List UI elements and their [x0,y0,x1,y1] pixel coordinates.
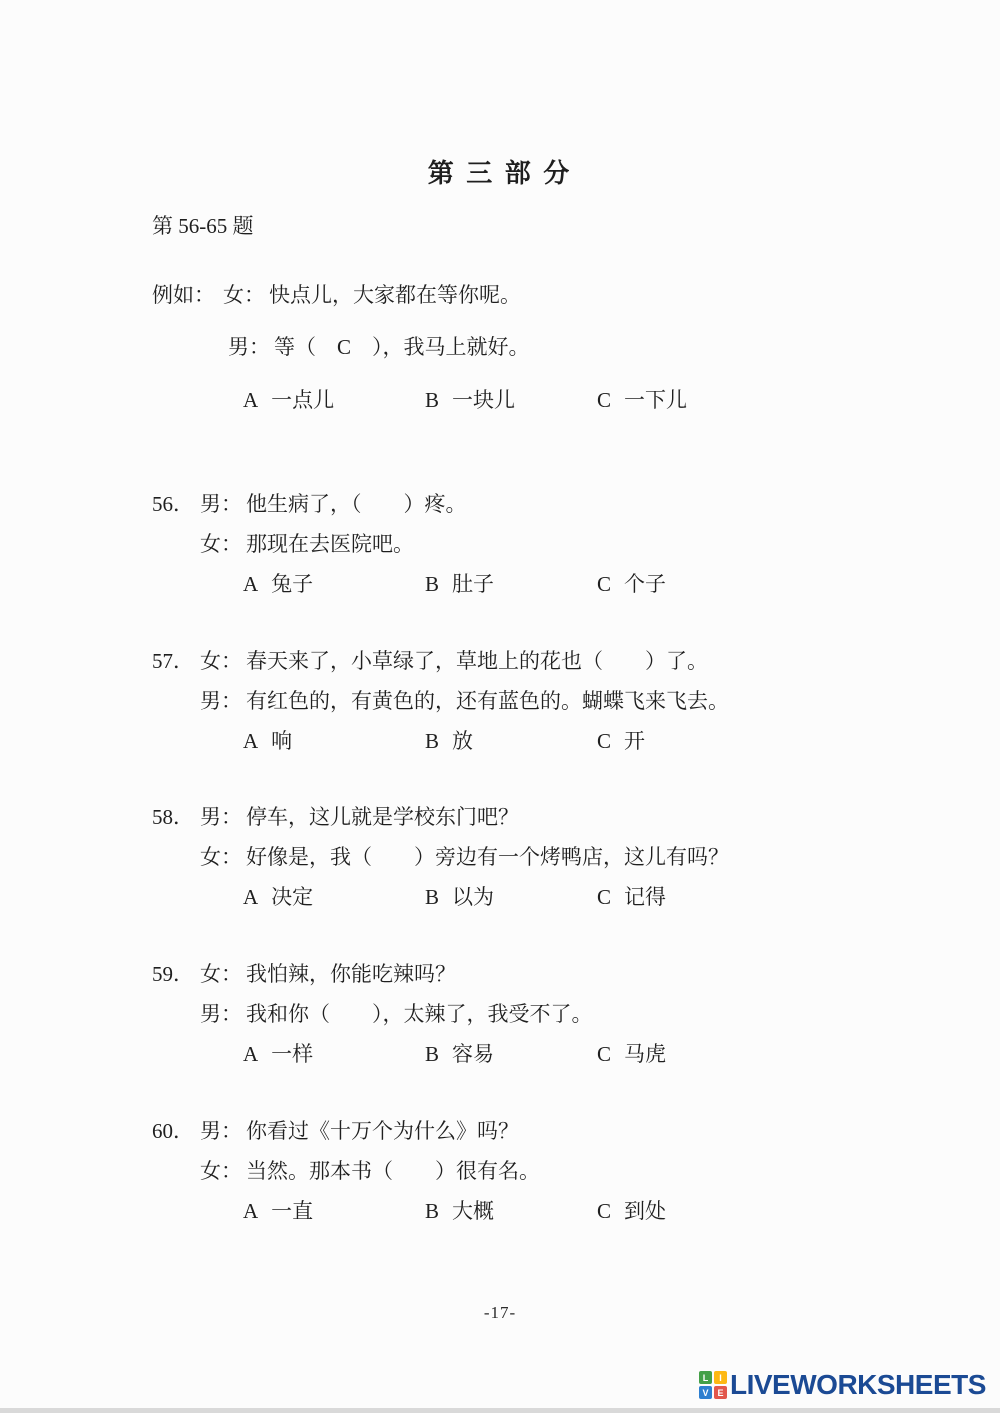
question-block-57: 57． 女：春天来了，小草绿了，草地上的花也（ ）了。 男：有红色的，有黄色的，… [0,645,1000,755]
option-text: 放 [452,729,473,753]
option-a[interactable]: A一样 [243,1038,313,1068]
option-key: B [425,1199,439,1223]
option-b[interactable]: B肚子 [425,568,494,598]
speaker-label: 女： [200,532,242,556]
option-text: 兔子 [271,572,313,596]
question-number: 60． [152,1115,194,1145]
option-c[interactable]: C记得 [597,881,666,911]
question-line-1: 男：他生病了，（ ）疼。 [200,488,467,518]
example-options-row: A一点儿 B一块儿 C一下儿 [0,384,1000,410]
dialogue-text: 你看过《十万个为什么》吗？ [246,1119,519,1143]
option-b[interactable]: B一块儿 [425,384,515,414]
option-text: 一块儿 [452,388,515,412]
option-a[interactable]: A响 [243,725,292,755]
question-line-1: 男：停车，这儿就是学校东门吧？ [200,801,519,831]
option-c[interactable]: C到处 [597,1195,666,1225]
question-range: 第 56-65 题 [152,210,254,240]
speaker-label: 女： [223,283,265,307]
option-b[interactable]: B大概 [425,1195,494,1225]
option-key: C [597,1042,611,1066]
question-number: 59． [152,958,194,988]
option-text: 一下儿 [624,388,687,412]
option-a[interactable]: A一直 [243,1195,313,1225]
speaker-label: 男： [228,335,270,359]
option-key: B [425,572,439,596]
example-label: 例如： [152,283,215,307]
option-key: C [597,885,611,909]
options-row: A一样 B容易 C马虎 [0,1038,1000,1064]
option-text: 决定 [271,885,313,909]
option-text: 记得 [624,885,666,909]
option-b[interactable]: B放 [425,725,473,755]
option-key: B [425,1042,439,1066]
dialogue-text: 那现在去医院吧。 [246,532,414,556]
options-row: A兔子 B肚子 C个子 [0,568,1000,594]
option-text: 开 [624,729,645,753]
question-block-56: 56． 男：他生病了，（ ）疼。 女：那现在去医院吧。 A兔子 B肚子 C个子 [0,488,1000,598]
option-text: 马虎 [624,1042,666,1066]
speaker-label: 女： [200,845,242,869]
logo-square-i: I [714,1371,727,1384]
option-text: 个子 [624,572,666,596]
logo-square-v: V [699,1386,712,1399]
dialogue-text: 我和你（ ），太辣了，我受不了。 [246,1002,593,1026]
options-row: A响 B放 C开 [0,725,1000,751]
dialogue-text: 我怕辣，你能吃辣吗？ [246,962,456,986]
option-a[interactable]: A决定 [243,881,313,911]
option-key: B [425,729,439,753]
question-line-2: 女：那现在去医院吧。 [200,528,414,558]
example-line-2: 男：等（ C ），我马上就好。 [228,331,530,361]
option-key: A [243,885,258,909]
dialogue-text: 当然。那本书（ ）很有名。 [246,1159,540,1183]
logo-square-e: E [714,1386,727,1399]
option-key: A [243,388,258,412]
liveworksheets-icon: L I V E [699,1371,727,1399]
options-row: A一直 B大概 C到处 [0,1195,1000,1221]
option-b[interactable]: B容易 [425,1038,494,1068]
option-key: A [243,729,258,753]
question-line-2: 男：有红色的，有黄色的，还有蓝色的。蝴蝶飞来飞去。 [200,685,729,715]
logo-wordmark: LIVEWORKSHEETS [730,1371,986,1399]
option-c[interactable]: C开 [597,725,645,755]
dialogue-text: 他生病了，（ ）疼。 [246,492,467,516]
option-key: C [597,572,611,596]
question-number: 58． [152,801,194,831]
question-line-2: 女：好像是，我（ ）旁边有一个烤鸭店，这儿有吗？ [200,841,729,871]
question-line-1: 男：你看过《十万个为什么》吗？ [200,1115,519,1145]
speaker-label: 男： [200,689,242,713]
question-line-2: 男：我和你（ ），太辣了，我受不了。 [200,998,593,1028]
speaker-label: 女： [200,1159,242,1183]
question-line-2: 女：当然。那本书（ ）很有名。 [200,1155,540,1185]
bottom-border [0,1408,1000,1413]
option-text: 容易 [452,1042,494,1066]
option-key: A [243,1199,258,1223]
option-key: A [243,572,258,596]
option-key: C [597,388,611,412]
option-a[interactable]: A一点儿 [243,384,334,414]
option-text: 大概 [452,1199,494,1223]
option-text: 一点儿 [271,388,334,412]
speaker-label: 女： [200,649,242,673]
worksheet-page: 第 三 部 分 第 56-65 题 例如：女：快点儿，大家都在等你呢。 男：等（… [0,0,1000,1413]
speaker-label: 男： [200,805,242,829]
dialogue-text: 快点儿，大家都在等你呢。 [269,283,521,307]
question-line-1: 女：春天来了，小草绿了，草地上的花也（ ）了。 [200,645,708,675]
speaker-label: 男： [200,1119,242,1143]
option-a[interactable]: A兔子 [243,568,313,598]
option-text: 以为 [452,885,494,909]
logo-square-l: L [699,1371,712,1384]
speaker-label: 女： [200,962,242,986]
question-block-58: 58． 男：停车，这儿就是学校东门吧？ 女：好像是，我（ ）旁边有一个烤鸭店，这… [0,801,1000,911]
dialogue-text: 春天来了，小草绿了，草地上的花也（ ）了。 [246,649,708,673]
dialogue-text: 好像是，我（ ）旁边有一个烤鸭店，这儿有吗？ [246,845,729,869]
question-block-60: 60． 男：你看过《十万个为什么》吗？ 女：当然。那本书（ ）很有名。 A一直 … [0,1115,1000,1225]
option-key: B [425,388,439,412]
option-key: B [425,885,439,909]
liveworksheets-logo[interactable]: L I V E LIVEWORKSHEETS [699,1371,986,1399]
option-text: 一样 [271,1042,313,1066]
question-number: 56． [152,488,194,518]
option-text: 一直 [271,1199,313,1223]
option-text: 到处 [624,1199,666,1223]
example-line-1: 例如：女：快点儿，大家都在等你呢。 [152,279,521,309]
page-title: 第 三 部 分 [0,153,1000,190]
page-number: -17- [0,1303,1000,1323]
option-c[interactable]: C个子 [597,568,666,598]
option-text: 肚子 [452,572,494,596]
option-c[interactable]: C一下儿 [597,384,687,414]
option-b[interactable]: B以为 [425,881,494,911]
dialogue-text: 有红色的，有黄色的，还有蓝色的。蝴蝶飞来飞去。 [246,689,729,713]
option-key: A [243,1042,258,1066]
option-c[interactable]: C马虎 [597,1038,666,1068]
speaker-label: 男： [200,1002,242,1026]
question-line-1: 女：我怕辣，你能吃辣吗？ [200,958,456,988]
speaker-label: 男： [200,492,242,516]
question-number: 57． [152,645,194,675]
option-key: C [597,1199,611,1223]
dialogue-text: 停车，这儿就是学校东门吧？ [246,805,519,829]
question-block-59: 59． 女：我怕辣，你能吃辣吗？ 男：我和你（ ），太辣了，我受不了。 A一样 … [0,958,1000,1068]
dialogue-text: 等（ C ），我马上就好。 [274,335,530,359]
option-key: C [597,729,611,753]
option-text: 响 [271,729,292,753]
options-row: A决定 B以为 C记得 [0,881,1000,907]
